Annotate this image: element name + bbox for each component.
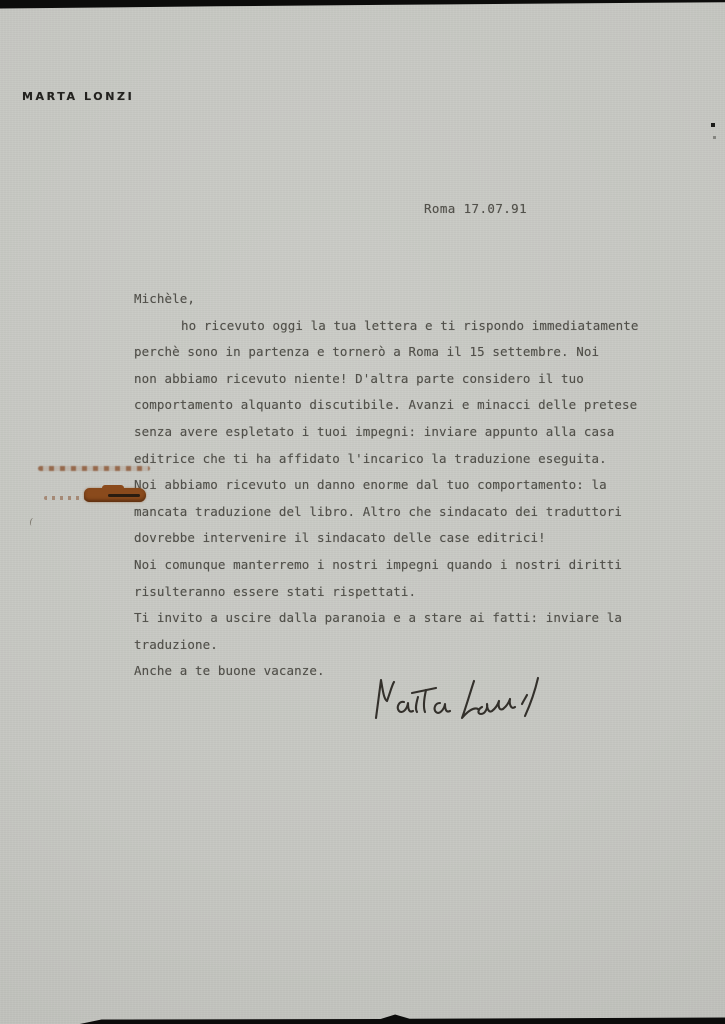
- letter-line: perchè sono in partenza e tornerò a Roma…: [134, 339, 646, 366]
- letter-line: Ti invito a uscire dalla paranoia e a st…: [134, 605, 646, 632]
- handwritten-signature: [366, 666, 566, 730]
- letter-line: editrice che ti ha affidato l'incarico l…: [134, 446, 646, 473]
- letter-line: Noi comunque manterremo i nostri impegni…: [134, 552, 646, 579]
- letter-line: dovrebbe intervenire il sindacato delle …: [134, 525, 646, 552]
- letter-line: Noi abbiamo ricevuto un danno enorme dal…: [134, 472, 646, 499]
- letter-line: comportamento alquanto discutibile. Avan…: [134, 392, 646, 419]
- letter-line: ho ricevuto oggi la tua lettera e ti ris…: [134, 313, 646, 340]
- ink-speck-faint: [713, 136, 716, 139]
- rust-stain-streak: [38, 466, 150, 471]
- pencil-mark: [29, 518, 36, 527]
- rust-stain-trail: [44, 496, 86, 500]
- scan-edge-bottom: [0, 1014, 725, 1024]
- rust-stain-blob: [84, 488, 146, 502]
- letter-line: non abbiamo ricevuto niente! D'altra par…: [134, 366, 646, 393]
- scan-edge-top: [0, 0, 725, 9]
- salutation: Michèle,: [134, 286, 646, 313]
- scanned-letter-page: MARTA LONZI Roma 17.07.91 Michèle, ho ri…: [0, 0, 725, 1024]
- letter-body: Michèle, ho ricevuto oggi la tua lettera…: [134, 286, 646, 685]
- letter-line: traduzione.: [134, 632, 646, 659]
- letter-line: mancata traduzione del libro. Altro che …: [134, 499, 646, 526]
- letter-line: risulteranno essere stati rispettati.: [134, 579, 646, 606]
- letterhead-name: MARTA LONZI: [22, 90, 134, 103]
- date-line: Roma 17.07.91: [424, 201, 527, 216]
- letter-line: senza avere espletato i tuoi impegni: in…: [134, 419, 646, 446]
- ink-speck: [711, 123, 715, 127]
